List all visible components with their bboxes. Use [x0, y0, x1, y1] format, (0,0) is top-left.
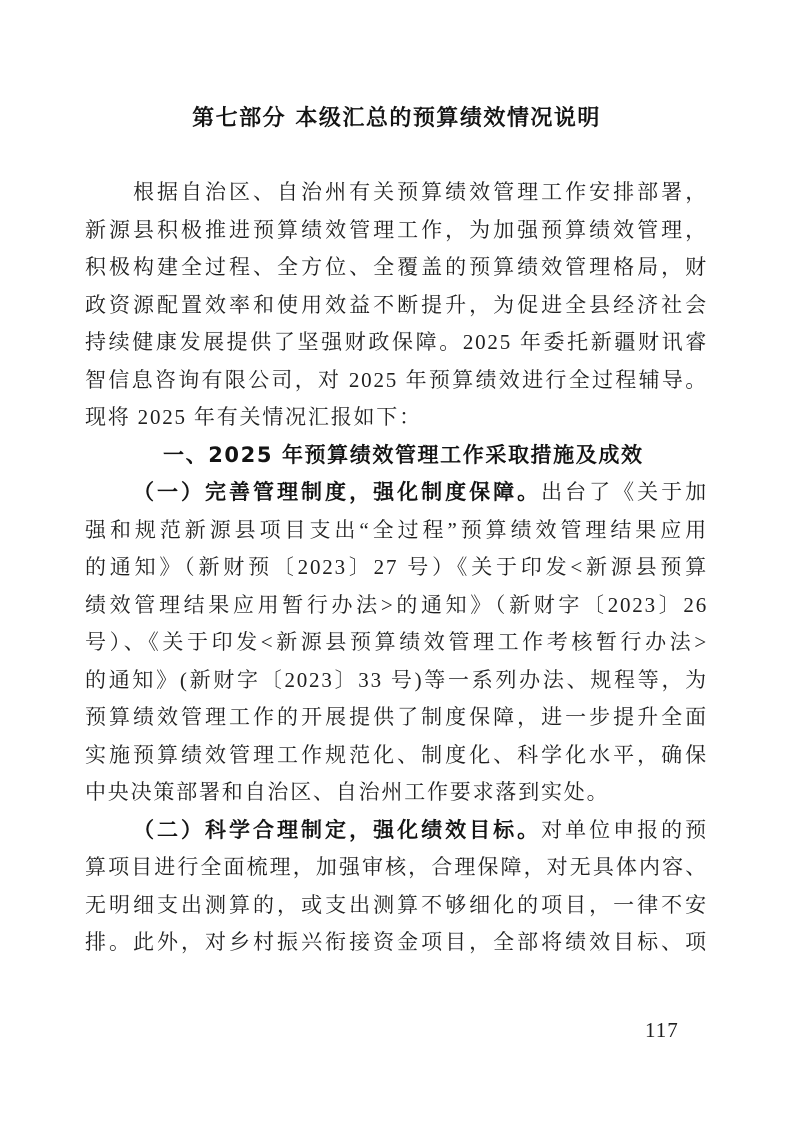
text-line: （二）科学合理制定，强化绩效目标。对单位申报的预 — [85, 812, 708, 850]
text-line: 政资源配置效率和使用效益不断提升，为促进全县经济社会 — [85, 287, 708, 325]
text-line: 强和规范新源县项目支出“全过程”预算绩效管理结果应用 — [85, 512, 708, 550]
text-run: 智信息咨询有限公司，对 2025 年预算绩效进行全过程辅导。 — [85, 368, 708, 392]
page: 第七部分 本级汇总的预算绩效情况说明 根据自治区、自治州有关预算绩效管理工作安排… — [0, 0, 793, 1122]
text-line: 持续健康发展提供了坚强财政保障。2025 年委托新疆财讯睿 — [85, 324, 708, 362]
text-run: 中央决策部署和自治区、自治州工作要求落到实处。 — [85, 780, 609, 804]
text-run: 的通知》（新财预〔2023〕27 号）《关于印发<新源县预算 — [85, 555, 708, 579]
text-run: 算项目进行全面梳理，加强审核，合理保障，对无具体内容、 — [85, 855, 708, 879]
bold-text-run: 一、2025 年预算绩效管理工作采取措施及成效 — [163, 443, 644, 467]
text-line: 排。此外，对乡村振兴衔接资金项目，全部将绩效目标、项 — [85, 924, 708, 962]
text-run: 出台了《关于加 — [541, 480, 708, 504]
text-run: 新源县积极推进预算绩效管理工作，为加强预算绩效管理， — [85, 218, 708, 242]
text-line: 的通知》(新财字〔2023〕33 号)等一系列办法、规程等，为 — [85, 662, 708, 700]
text-run: 政资源配置效率和使用效益不断提升，为促进全县经济社会 — [85, 293, 708, 317]
text-line: 预算绩效管理工作的开展提供了制度保障，进一步提升全面 — [85, 699, 708, 737]
text-line: 中央决策部署和自治区、自治州工作要求落到实处。 — [85, 774, 708, 812]
text-line: 的通知》（新财预〔2023〕27 号）《关于印发<新源县预算 — [85, 549, 708, 587]
text-line: 积极构建全过程、全方位、全覆盖的预算绩效管理格局，财 — [85, 249, 708, 287]
text-line: 实施预算绩效管理工作规范化、制度化、科学化水平，确保 — [85, 737, 708, 775]
text-run: 号）、《关于印发<新源县预算绩效管理工作考核暂行办法> — [85, 630, 708, 654]
bold-text-run: （一）完善管理制度，强化制度保障。 — [133, 480, 541, 504]
text-line: （一）完善管理制度，强化制度保障。出台了《关于加 — [85, 474, 708, 512]
text-run: 现将 2025 年有关情况汇报如下： — [85, 405, 422, 429]
text-run: 实施预算绩效管理工作规范化、制度化、科学化水平，确保 — [85, 743, 708, 767]
text-line: 新源县积极推进预算绩效管理工作，为加强预算绩效管理， — [85, 212, 708, 250]
text-line: 无明细支出测算的，或支出测算不够细化的项目，一律不安 — [85, 887, 708, 925]
document-body: 根据自治区、自治州有关预算绩效管理工作安排部署，新源县积极推进预算绩效管理工作，… — [85, 174, 708, 962]
text-run: 无明细支出测算的，或支出测算不够细化的项目，一律不安 — [85, 893, 708, 917]
bold-text-run: （二）科学合理制定，强化绩效目标。 — [133, 818, 541, 842]
text-run: 强和规范新源县项目支出“全过程”预算绩效管理结果应用 — [85, 518, 708, 542]
text-run: 的通知》(新财字〔2023〕33 号)等一系列办法、规程等，为 — [85, 668, 708, 692]
section-heading: 一、2025 年预算绩效管理工作采取措施及成效 — [85, 437, 708, 475]
text-line: 根据自治区、自治州有关预算绩效管理工作安排部署， — [85, 174, 708, 212]
text-run: 积极构建全过程、全方位、全覆盖的预算绩效管理格局，财 — [85, 255, 708, 279]
text-line: 绩效管理结果应用暂行办法>的通知》（新财字〔2023〕26 — [85, 587, 708, 625]
text-run: 根据自治区、自治州有关预算绩效管理工作安排部署， — [133, 180, 708, 204]
text-line: 号）、《关于印发<新源县预算绩效管理工作考核暂行办法> — [85, 624, 708, 662]
text-line: 现将 2025 年有关情况汇报如下： — [85, 399, 708, 437]
text-run: 排。此外，对乡村振兴衔接资金项目，全部将绩效目标、项 — [85, 930, 708, 954]
text-run: 对单位申报的预 — [541, 818, 708, 842]
text-line: 智信息咨询有限公司，对 2025 年预算绩效进行全过程辅导。 — [85, 362, 708, 400]
text-run: 绩效管理结果应用暂行办法>的通知》（新财字〔2023〕26 — [85, 593, 708, 617]
text-run: 持续健康发展提供了坚强财政保障。2025 年委托新疆财讯睿 — [85, 330, 708, 354]
text-line: 算项目进行全面梳理，加强审核，合理保障，对无具体内容、 — [85, 849, 708, 887]
document-title: 第七部分 本级汇总的预算绩效情况说明 — [0, 0, 793, 136]
text-run: 预算绩效管理工作的开展提供了制度保障，进一步提升全面 — [85, 705, 708, 729]
page-number: 117 — [645, 1018, 679, 1043]
